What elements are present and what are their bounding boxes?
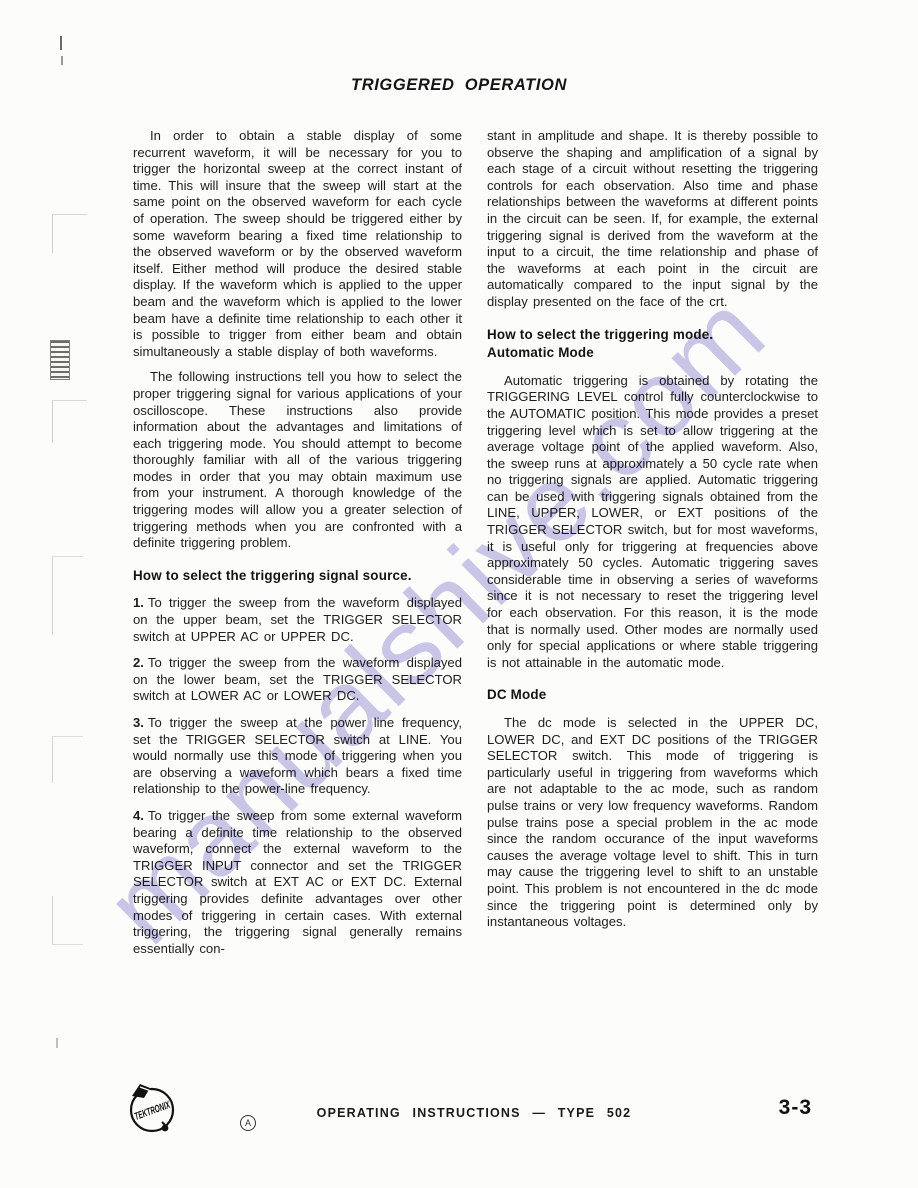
page-title: TRIGGERED OPERATION <box>0 76 918 95</box>
item-text: To trigger the sweep from the waveform d… <box>133 595 462 643</box>
item-number: 3. <box>133 715 148 730</box>
paragraph-dc-mode: The dc mode is selected in the UPPER DC,… <box>487 715 818 931</box>
item-text: To trigger the sweep from some external … <box>133 808 462 956</box>
scan-artifact <box>52 736 83 783</box>
paragraph-continuation: stant in amplitude and shape. It is ther… <box>487 128 818 311</box>
scan-artifact <box>52 400 87 443</box>
scan-artifact <box>52 556 83 635</box>
right-column: stant in amplitude and shape. It is ther… <box>487 128 818 940</box>
section-heading-signal-source: How to select the triggering signal sour… <box>133 568 462 585</box>
item-text: To trigger the sweep at the power line f… <box>133 715 462 796</box>
scan-artifact <box>52 214 87 253</box>
paragraph: The following instructions tell you how … <box>133 369 462 552</box>
item-text: To trigger the sweep from the waveform d… <box>133 655 462 703</box>
item-number: 4. <box>133 808 148 823</box>
section-heading-triggering-mode: How to select the triggering mode. <box>487 327 818 344</box>
numbered-item-2: 2.To trigger the sweep from the waveform… <box>133 655 462 705</box>
numbered-item-4: 4.To trigger the sweep from some externa… <box>133 808 462 957</box>
scan-artifact <box>50 340 70 380</box>
left-column: In order to obtain a stable display of s… <box>133 128 462 967</box>
scan-artifact <box>56 1038 58 1048</box>
manual-page: TRIGGERED OPERATION In order to obtain a… <box>0 0 918 1188</box>
paragraph-automatic-mode: Automatic triggering is obtained by rota… <box>487 373 818 672</box>
page-number: 3-3 <box>779 1096 812 1120</box>
numbered-item-1: 1.To trigger the sweep from the waveform… <box>133 595 462 645</box>
section-heading-automatic-mode: Automatic Mode <box>487 345 818 362</box>
paragraph: In order to obtain a stable display of s… <box>133 128 462 360</box>
section-heading-dc-mode: DC Mode <box>487 687 818 704</box>
scan-artifact <box>61 56 63 65</box>
logo-hat-shape <box>132 1084 150 1098</box>
item-number: 2. <box>133 655 148 670</box>
scan-artifact <box>60 36 62 50</box>
numbered-item-3: 3.To trigger the sweep at the power line… <box>133 715 462 798</box>
scan-artifact <box>52 896 83 945</box>
item-number: 1. <box>133 595 148 610</box>
